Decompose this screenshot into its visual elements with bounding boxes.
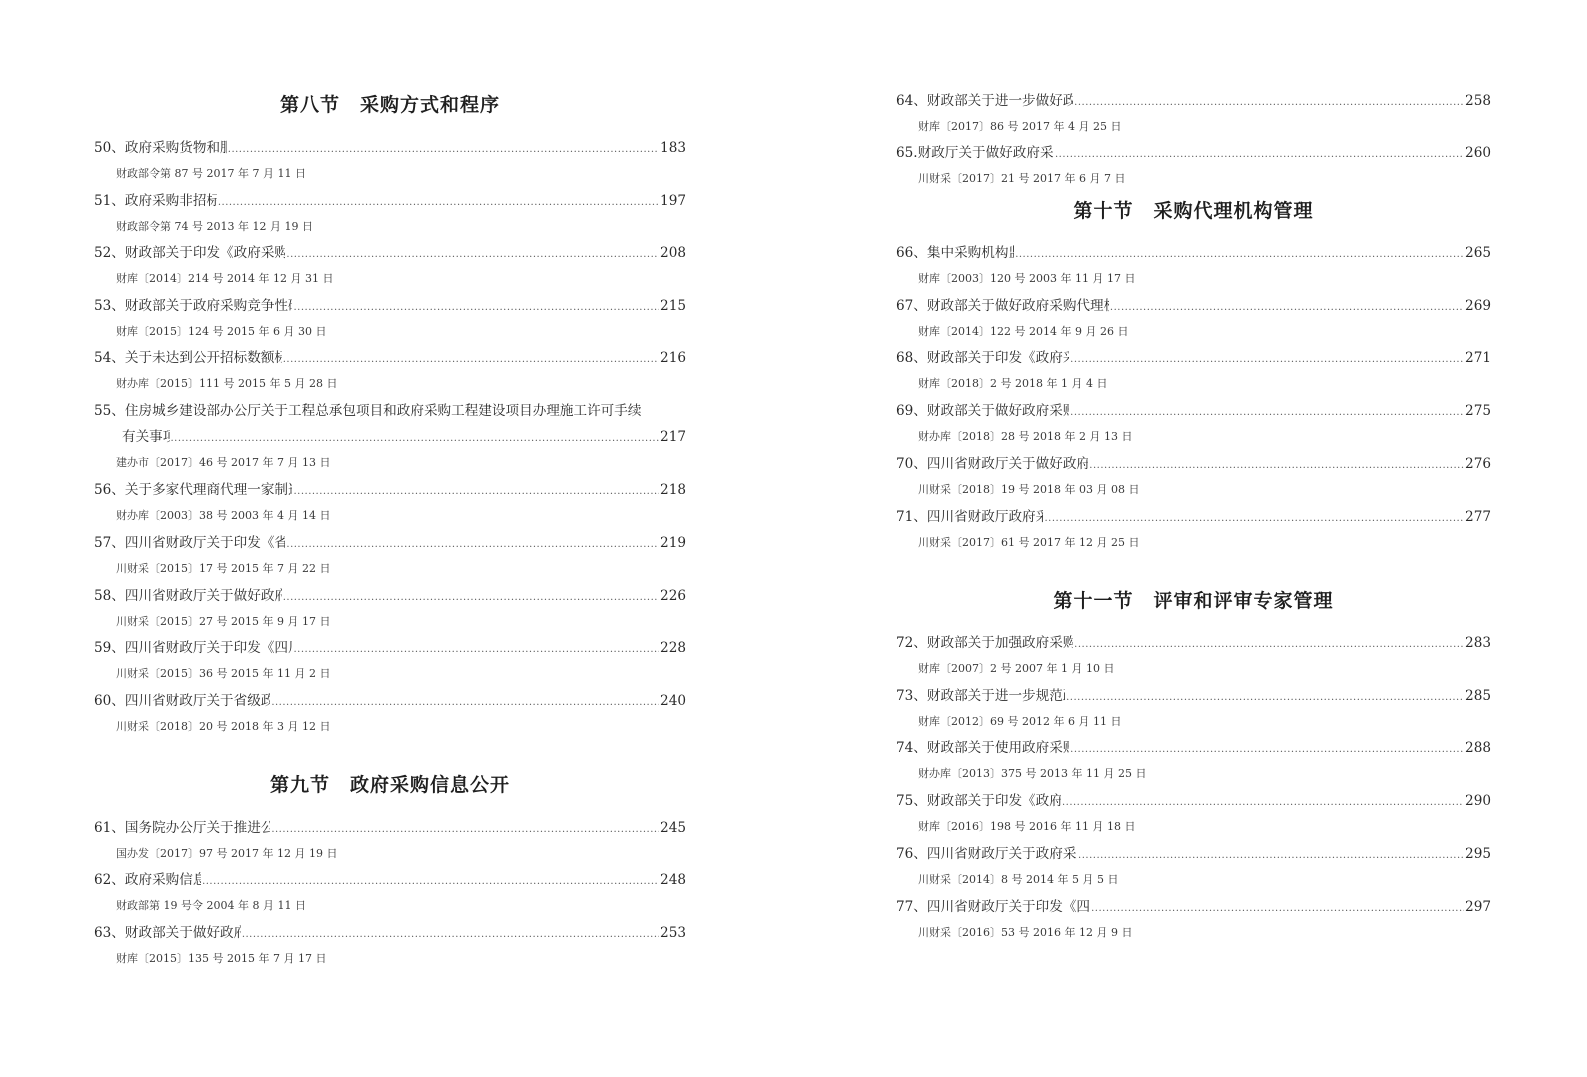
entry-page-number: 245 bbox=[660, 817, 686, 839]
entry-source: 财库〔2018〕2 号 2018 年 1 月 4 日 bbox=[896, 375, 1491, 393]
entry-page-number: 240 bbox=[660, 690, 686, 712]
toc-entry-60[interactable]: 60、四川省财政厅关于省级政府采购实施计划执行有关事项的通知240 川财采〔20… bbox=[94, 690, 686, 736]
toc-entry-66[interactable]: 66、集中采购机构监督考核管理办法265 财库〔2003〕120 号 2003 … bbox=[896, 242, 1491, 288]
entry-source: 川财采〔2015〕36 号 2015 年 11 月 2 日 bbox=[94, 665, 686, 683]
dot-leader bbox=[1074, 92, 1464, 114]
dot-leader bbox=[293, 481, 659, 503]
entry-title: 关于未达到公开招标数额标准政府采购项目采购方式适用等问题的函 bbox=[125, 347, 282, 369]
entry-number: 52、 bbox=[94, 242, 125, 264]
entry-number: 75、 bbox=[896, 790, 927, 812]
entry-number: 64、 bbox=[896, 90, 927, 112]
entry-source: 财办库〔2015〕111 号 2015 年 5 月 28 日 bbox=[94, 375, 686, 393]
entry-title: 集中采购机构监督考核管理办法 bbox=[927, 242, 1014, 264]
dot-leader bbox=[202, 871, 659, 893]
entry-page-number: 228 bbox=[660, 637, 686, 659]
entry-title: 四川省财政厅关于做好政府采购代理机构名录登记管理有关事项的通知 bbox=[927, 453, 1088, 475]
toc-entry-59[interactable]: 59、四川省财政厅关于印发《四川省政府采购非招标采购方式实施办法》的通知228 … bbox=[94, 637, 686, 683]
toc-entry-63[interactable]: 63、财政部关于做好政府采购信息公开工作的通知253 财库〔2015〕135 号… bbox=[94, 922, 686, 968]
dot-leader bbox=[218, 192, 659, 214]
entry-title: 财政部关于进一步做好政府采购信息公开工作有关事项的通知 bbox=[927, 90, 1073, 112]
entry-source: 财库〔2003〕120 号 2003 年 11 月 17 日 bbox=[896, 270, 1491, 288]
toc-entry-71[interactable]: 71、四川省财政厅政府采购代理机构信用评价办法277 川财采〔2017〕61 号… bbox=[896, 506, 1491, 552]
dot-leader bbox=[293, 639, 659, 661]
entry-page-number: 288 bbox=[1465, 737, 1491, 759]
entry-page-number: 216 bbox=[660, 347, 686, 369]
toc-entry-75[interactable]: 75、财政部关于印发《政府采购评审专家管理办法》的通知290 财库〔2016〕1… bbox=[896, 790, 1491, 836]
entry-page-number: 258 bbox=[1465, 90, 1491, 112]
entry-page-number: 226 bbox=[660, 585, 686, 607]
entry-number: 70、 bbox=[896, 453, 927, 475]
entry-source: 财库〔2007〕2 号 2007 年 1 月 10 日 bbox=[896, 660, 1491, 678]
entry-page-number: 265 bbox=[1465, 242, 1491, 264]
entry-number: 61、 bbox=[94, 817, 125, 839]
toc-entry-55[interactable]: 55、住房城乡建设部办公厅关于工程总承包项目和政府采购工程建设项目办理施工许可手… bbox=[94, 400, 686, 472]
entry-number: 68、 bbox=[896, 347, 927, 369]
entry-number: 77、 bbox=[896, 896, 927, 918]
dot-leader bbox=[1015, 244, 1464, 266]
entry-number: 51、 bbox=[94, 190, 125, 212]
dot-leader bbox=[1091, 898, 1464, 920]
entry-number: 53、 bbox=[94, 295, 125, 317]
entry-source: 财库〔2012〕69 号 2012 年 6 月 11 日 bbox=[896, 713, 1491, 731]
entry-number: 73、 bbox=[896, 685, 927, 707]
entry-source: 财库〔2014〕122 号 2014 年 9 月 26 日 bbox=[896, 323, 1491, 341]
toc-entry-65[interactable]: 65.财政厅关于做好政府采购信息公开工作有关事项的通知260 川财采〔2017〕… bbox=[896, 142, 1491, 188]
entry-title: 四川省财政厅关于省级政府采购实施计划执行有关事项的通知 bbox=[125, 690, 270, 712]
toc-entry-50[interactable]: 50、政府采购货物和服务招标投标管理办法183 财政部令第 87 号 2017 … bbox=[94, 137, 686, 183]
entry-title: 政府采购非招标采购方式管理办法 bbox=[125, 190, 217, 212]
dot-leader bbox=[271, 819, 659, 841]
entry-source: 财库〔2015〕135 号 2015 年 7 月 17 日 bbox=[94, 950, 686, 968]
dot-leader bbox=[242, 924, 659, 946]
entry-source: 川财采〔2017〕61 号 2017 年 12 月 25 日 bbox=[896, 534, 1491, 552]
toc-entry-72[interactable]: 72、财政部关于加强政府采购货物和服务项目价格评审管理的通知283 财库〔200… bbox=[896, 632, 1491, 678]
entry-title: 财政部关于政府采购竞争性磋商采购方式管理暂行办法有关问题的补充通知 bbox=[125, 295, 293, 317]
entry-page-number: 219 bbox=[660, 532, 686, 554]
toc-entry-67[interactable]: 67、财政部关于做好政府采购代理机构资格认定行政许可取消后相关政策衔接工作的通知… bbox=[896, 295, 1491, 341]
entry-title: 住房城乡建设部办公厅关于工程总承包项目和政府采购工程建设项目办理施工许可手续 bbox=[125, 400, 642, 422]
entry-page-number: 275 bbox=[1465, 400, 1491, 422]
entry-source: 川财采〔2015〕27 号 2015 年 9 月 17 日 bbox=[94, 613, 686, 631]
entry-title: 四川省财政厅关于政府采购评审专家劳务报酬支付标准指导意见 bbox=[927, 843, 1077, 865]
entry-source: 川财采〔2015〕17 号 2015 年 7 月 22 日 bbox=[94, 560, 686, 578]
section-title-8: 第八节 采购方式和程序 bbox=[94, 90, 686, 117]
entry-number: 57、 bbox=[94, 532, 125, 554]
toc-entry-68[interactable]: 68、财政部关于印发《政府采购代理机构管理暂行办法》的通知271 财库〔2018… bbox=[896, 347, 1491, 393]
entry-page-number: 208 bbox=[660, 242, 686, 264]
entry-number: 74、 bbox=[896, 737, 927, 759]
entry-number: 50、 bbox=[94, 137, 125, 159]
entry-title: 政府采购货物和服务招标投标管理办法 bbox=[125, 137, 227, 159]
toc-entry-77[interactable]: 77、四川省财政厅关于印发《四川省政府采购评审工作规程（修订）》的通知297 川… bbox=[896, 896, 1491, 942]
entry-source: 财政部令第 74 号 2013 年 12 月 19 日 bbox=[94, 218, 686, 236]
section-title-11: 第十一节 评审和评审专家管理 bbox=[896, 586, 1491, 613]
toc-entry-73[interactable]: 73、财政部关于进一步规范政府采购评审工作有关问题的通知285 财库〔2012〕… bbox=[896, 685, 1491, 731]
entry-title: 财政部关于印发《政府采购评审专家管理办法》的通知 bbox=[927, 790, 1061, 812]
toc-entry-61[interactable]: 61、国务院办公厅关于推进公共资源配置领域政府信息公开的意见245 国办发〔20… bbox=[94, 817, 686, 863]
entry-number: 65. bbox=[896, 142, 918, 164]
entry-source: 国办发〔2017〕97 号 2017 年 12 月 19 日 bbox=[94, 845, 686, 863]
entry-number: 76、 bbox=[896, 843, 927, 865]
toc-entry-54[interactable]: 54、关于未达到公开招标数额标准政府采购项目采购方式适用等问题的函216 财办库… bbox=[94, 347, 686, 393]
entry-page-number: 285 bbox=[1465, 685, 1491, 707]
entry-page-number: 248 bbox=[660, 869, 686, 891]
entry-page-number: 290 bbox=[1465, 790, 1491, 812]
dot-leader bbox=[1066, 687, 1464, 709]
entry-title: 政府采购信息公告管理办法 bbox=[125, 869, 201, 891]
entry-source: 财办库〔2018〕28 号 2018 年 2 月 13 日 bbox=[896, 428, 1491, 446]
entry-source: 财办库〔2003〕38 号 2003 年 4 月 14 日 bbox=[94, 507, 686, 525]
dot-leader bbox=[271, 692, 659, 714]
entry-source: 财库〔2017〕86 号 2017 年 4 月 25 日 bbox=[896, 118, 1491, 136]
entry-page-number: 276 bbox=[1465, 453, 1491, 475]
dot-leader bbox=[1078, 845, 1464, 867]
dot-leader bbox=[1070, 739, 1464, 761]
entry-page-number: 215 bbox=[660, 295, 686, 317]
entry-number: 58、 bbox=[94, 585, 125, 607]
entry-title: 财政部关于印发《政府采购竞争性磋商采购方式管理暂行办法》的通知 bbox=[125, 242, 285, 264]
dot-leader bbox=[228, 139, 659, 161]
entry-title: 财政部关于印发《政府采购代理机构管理暂行办法》的通知 bbox=[927, 347, 1069, 369]
dot-leader bbox=[1055, 144, 1464, 166]
entry-page-number: 218 bbox=[660, 479, 686, 501]
entry-number: 54、 bbox=[94, 347, 125, 369]
toc-entry-51[interactable]: 51、政府采购非招标采购方式管理办法197 财政部令第 74 号 2013 年 … bbox=[94, 190, 686, 236]
entry-number: 60、 bbox=[94, 690, 125, 712]
entry-title: 四川省财政厅关于印发《四川省政府采购非招标采购方式实施办法》的通知 bbox=[125, 637, 293, 659]
dot-leader bbox=[1110, 297, 1464, 319]
entry-page-number: 217 bbox=[660, 426, 686, 448]
entry-number: 59、 bbox=[94, 637, 125, 659]
entry-source: 财库〔2016〕198 号 2016 年 11 月 18 日 bbox=[896, 818, 1491, 836]
entry-page-number: 271 bbox=[1465, 347, 1491, 369]
dot-leader bbox=[293, 297, 659, 319]
toc-entry-52[interactable]: 52、财政部关于印发《政府采购竞争性磋商采购方式管理暂行办法》的通知208 财库… bbox=[94, 242, 686, 288]
entry-number: 69、 bbox=[896, 400, 927, 422]
entry-page-number: 197 bbox=[660, 190, 686, 212]
entry-number: 56、 bbox=[94, 479, 125, 501]
entry-title: 财政部关于进一步规范政府采购评审工作有关问题的通知 bbox=[927, 685, 1065, 707]
entry-source: 财办库〔2013〕375 号 2013 年 11 月 25 日 bbox=[896, 765, 1491, 783]
dot-leader bbox=[171, 428, 660, 450]
entry-number: 66、 bbox=[896, 242, 927, 264]
toc-entry-70[interactable]: 70、四川省财政厅关于做好政府采购代理机构名录登记管理有关事项的通知276 川财… bbox=[896, 453, 1491, 499]
toc-entry-74[interactable]: 74、财政部关于使用政府采购评审专家监管系统有关事宜的通知288 财办库〔201… bbox=[896, 737, 1491, 783]
entry-source: 建办市〔2017〕46 号 2017 年 7 月 13 日 bbox=[94, 454, 686, 472]
entry-page-number: 297 bbox=[1465, 896, 1491, 918]
toc-entry-62[interactable]: 62、政府采购信息公告管理办法248 财政部第 19 号令 2004 年 8 月… bbox=[94, 869, 686, 915]
entry-page-number: 253 bbox=[660, 922, 686, 944]
entry-page-number: 277 bbox=[1465, 506, 1491, 528]
entry-title: 国务院办公厅关于推进公共资源配置领域政府信息公开的意见 bbox=[125, 817, 270, 839]
entry-source: 川财采〔2014〕8 号 2014 年 5 月 5 日 bbox=[896, 871, 1491, 889]
entry-page-number: 283 bbox=[1465, 632, 1491, 654]
dot-leader bbox=[1044, 508, 1464, 530]
dot-leader bbox=[1074, 634, 1464, 656]
entry-page-number: 269 bbox=[1465, 295, 1491, 317]
toc-entry-58[interactable]: 58、四川省财政厅关于做好政府采购合同公告及备案工作有关事项的通知226 川财采… bbox=[94, 585, 686, 631]
entry-source: 川财采〔2017〕21 号 2017 年 6 月 7 日 bbox=[896, 170, 1491, 188]
dot-leader bbox=[286, 244, 659, 266]
entry-title: 四川省财政厅关于印发《四川省政府采购评审工作规程（修订）》的通知 bbox=[927, 896, 1090, 918]
section-title-9: 第九节 政府采购信息公开 bbox=[94, 770, 686, 797]
entry-number: 62、 bbox=[94, 869, 125, 891]
entry-title: 四川省财政厅关于印发《省级单位变更政府采购方式管理办法》的通知 bbox=[125, 532, 285, 554]
entry-number: 71、 bbox=[896, 506, 927, 528]
entry-source: 川财采〔2018〕20 号 2018 年 3 月 12 日 bbox=[94, 718, 686, 736]
toc-entry-53[interactable]: 53、财政部关于政府采购竞争性磋商采购方式管理暂行办法有关问题的补充通知215 … bbox=[94, 295, 686, 341]
dot-leader bbox=[1070, 402, 1464, 424]
toc-entry-57[interactable]: 57、四川省财政厅关于印发《省级单位变更政府采购方式管理办法》的通知219 川财… bbox=[94, 532, 686, 578]
dot-leader bbox=[283, 587, 659, 609]
entry-page-number: 260 bbox=[1465, 142, 1491, 164]
entry-title: 财政部关于做好政府采购代理机构资格认定行政许可取消后相关政策衔接工作的通知 bbox=[927, 295, 1109, 317]
entry-title: 财政部关于使用政府采购评审专家监管系统有关事宜的通知 bbox=[927, 737, 1069, 759]
entry-title: 财政部关于做好政府采购信息公开工作的通知 bbox=[125, 922, 241, 944]
section-title-10: 第十节 采购代理机构管理 bbox=[896, 196, 1491, 223]
dot-leader bbox=[283, 349, 659, 371]
entry-title-continuation: 有关事项的通知 bbox=[122, 426, 170, 448]
entry-title: 四川省财政厅政府采购代理机构信用评价办法 bbox=[927, 506, 1044, 528]
dot-leader bbox=[286, 534, 659, 556]
entry-source: 财库〔2014〕214 号 2014 年 12 月 31 日 bbox=[94, 270, 686, 288]
entry-source: 川财采〔2016〕53 号 2016 年 12 月 9 日 bbox=[896, 924, 1491, 942]
entry-source: 川财采〔2018〕19 号 2018 年 03 月 08 日 bbox=[896, 481, 1491, 499]
entry-source: 财库〔2015〕124 号 2015 年 6 月 30 日 bbox=[94, 323, 686, 341]
entry-number: 63、 bbox=[94, 922, 125, 944]
entry-page-number: 183 bbox=[660, 137, 686, 159]
entry-title: 财政厅关于做好政府采购信息公开工作有关事项的通知 bbox=[918, 142, 1054, 164]
toc-entry-64[interactable]: 64、财政部关于进一步做好政府采购信息公开工作有关事项的通知258 财库〔201… bbox=[896, 90, 1491, 136]
dot-leader bbox=[1062, 792, 1464, 814]
entry-number: 67、 bbox=[896, 295, 927, 317]
entry-source: 财政部第 19 号令 2004 年 8 月 11 日 bbox=[94, 897, 686, 915]
dot-leader bbox=[1089, 455, 1464, 477]
entry-number: 72、 bbox=[896, 632, 927, 654]
entry-title: 财政部关于做好政府采购代理机构名录登记有关工作的通知 bbox=[927, 400, 1069, 422]
entry-source: 财政部令第 87 号 2017 年 7 月 11 日 bbox=[94, 165, 686, 183]
entry-number: 55、 bbox=[94, 400, 125, 422]
dot-leader bbox=[1070, 349, 1464, 371]
entry-page-number: 295 bbox=[1465, 843, 1491, 865]
toc-entry-76[interactable]: 76、四川省财政厅关于政府采购评审专家劳务报酬支付标准指导意见295 川财采〔2… bbox=[896, 843, 1491, 889]
entry-title: 关于多家代理商代理一家制造商的产品参加投标如何计算供应商家数的复函 bbox=[125, 479, 293, 501]
toc-entry-56[interactable]: 56、关于多家代理商代理一家制造商的产品参加投标如何计算供应商家数的复函218 … bbox=[94, 479, 686, 525]
entry-title: 财政部关于加强政府采购货物和服务项目价格评审管理的通知 bbox=[927, 632, 1073, 654]
entry-title: 四川省财政厅关于做好政府采购合同公告及备案工作有关事项的通知 bbox=[125, 585, 282, 607]
toc-entry-69[interactable]: 69、财政部关于做好政府采购代理机构名录登记有关工作的通知275 财办库〔201… bbox=[896, 400, 1491, 446]
